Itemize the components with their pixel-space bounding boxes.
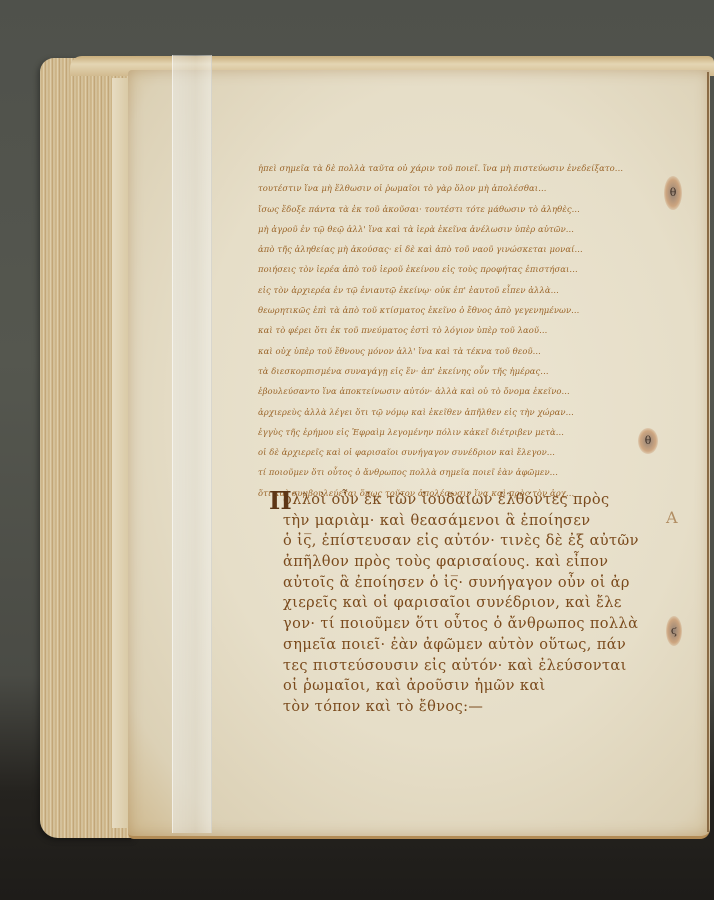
main-text-line: οἱ ῥωμαῖοι, καὶ ἀροῦσιν ἡμῶν καὶ (283, 676, 653, 697)
scholia-line: καὶ οὐχ ὑπὲρ τοῦ ἔθνους μόνον ἀλλ' ἵνα κ… (258, 341, 682, 361)
main-text-line: τὴν μαριὰμ· καὶ θεασάμενοι ἃ ἐποίησεν (283, 511, 653, 532)
scholia-line: μὴ ἀγροῦ ἐν τῷ θεῷ ἀλλ' ἵνα καὶ τὰ ἱερὰ … (258, 219, 682, 239)
scholia-line: ἐβουλεύσαντο ἵνα ἀποκτείνωσιν αὐτόν· ἀλλ… (258, 381, 682, 401)
scholia-line: καὶ τὸ φέρει ὅτι ἐκ τοῦ πνεύματος ἐστὶ τ… (258, 320, 682, 340)
scholia-line: ποιήσεις τὸν ἱερέα ἀπὸ τοῦ ἱεροῦ ἐκείνου… (258, 259, 682, 279)
main-text-line: τες πιστεύσουσιν εἰς αὐτόν· καὶ ἐλεύσοντ… (283, 656, 653, 677)
scholia-line: ἀπὸ τῆς ἀληθείας μὴ ἀκούσας· εἰ δὲ καὶ ἀ… (258, 239, 682, 259)
section-marker-icon: θ (664, 176, 682, 210)
decorated-initial: Π (269, 490, 292, 512)
section-marker-icon: θ (638, 428, 658, 454)
scholia-line: ἐγγὺς τῆς ἐρήμου εἰς Ἐφραὶμ λεγομένην πό… (258, 422, 682, 442)
main-text-line: σημεῖα ποιεῖ· ἐὰν ἀφῶμεν αὐτὸν οὕτως, πά… (283, 635, 653, 656)
main-text-line: ἀπῆλθον πρὸς τοὺς φαρισαίους. καὶ εἶπον (283, 552, 653, 573)
main-text-block: Π ολλοὶ οὖν ἐκ τῶν ἰουδαίων ἐλθόντες πρὸ… (283, 490, 653, 718)
scholia-line: θεωρητικῶς ἐπὶ τὰ ἀπὸ τοῦ κτίσματος ἐκεῖ… (258, 300, 682, 320)
main-text-line: ολλοὶ οὖν ἐκ τῶν ἰουδαίων ἐλθόντες πρὸς (283, 490, 653, 511)
margin-note-letter: Α (666, 508, 678, 527)
scholia-commentary-block: ἠπεὶ σημεῖα τὰ δὲ πολλὰ ταῦτα οὐ χάριν τ… (258, 158, 682, 503)
main-text-line: χιερεῖς καὶ οἱ φαρισαῖοι συνέδριον, καὶ … (283, 593, 653, 614)
main-text-line: ὁ ἰς̅, ἐπίστευσαν εἰς αὐτόν· τινὲς δὲ ἐξ… (283, 531, 653, 552)
scholia-line: ἠπεὶ σημεῖα τὰ δὲ πολλὰ ταῦτα οὐ χάριν τ… (258, 158, 682, 178)
scholia-line: οἱ δὲ ἀρχιερεῖς καὶ οἱ φαρισαῖοι συνήγαγ… (258, 442, 682, 462)
scholia-line: ἀρχιερεὺς ἀλλὰ λέγει ὅτι τῷ νόμῳ καὶ ἐκε… (258, 402, 682, 422)
conservation-tape-strip (172, 55, 212, 833)
scholia-line: τουτέστιν ἵνα μὴ ἕλθωσιν οἱ ῥωμαῖοι τὸ γ… (258, 178, 682, 198)
scholia-line: τί ποιοῦμεν ὅτι οὗτος ὁ ἄνθρωπος πολλὰ σ… (258, 462, 682, 482)
section-marker-icon: ϛ (666, 616, 682, 646)
main-text-line: αὐτοῖς ἃ ἐποίησεν ὁ ἰς̅· συνήγαγον οὖν ο… (283, 573, 653, 594)
scholia-line: ἴσως ἔδοξε πάντα τὰ ἐκ τοῦ ἀκοῦσαι· τουτ… (258, 199, 682, 219)
scholia-line: τὰ διεσκορπισμένα συναγάγῃ εἰς ἕν· ἀπ' ἐ… (258, 361, 682, 381)
main-text-line: γον· τί ποιοῦμεν ὅτι οὗτος ὁ ἄνθρωπος πο… (283, 614, 653, 635)
scholia-line: εἰς τὸν ἀρχιερέα ἐν τῷ ἐνιαυτῷ ἐκείνῳ· ο… (258, 280, 682, 300)
main-text-line: τὸν τόπον καὶ τὸ ἔθνος:— (283, 697, 653, 718)
gutter-fold (707, 72, 709, 832)
